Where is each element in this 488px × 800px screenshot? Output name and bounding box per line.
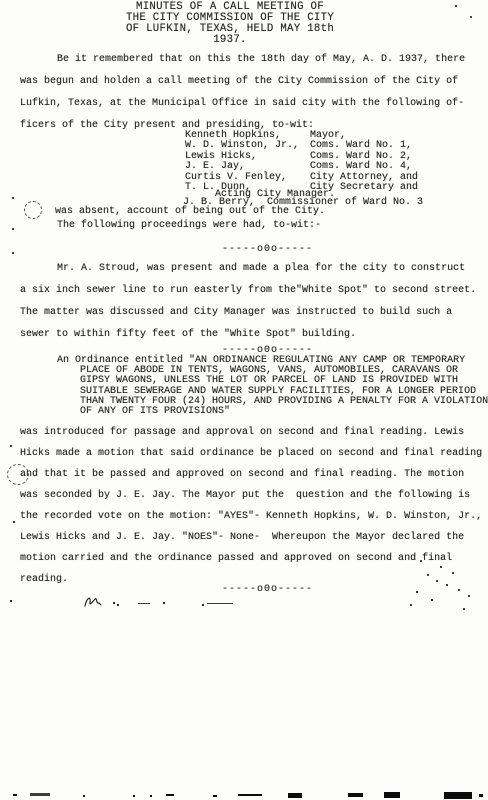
absent-note-line: was absent, account of being out of the … [55, 207, 325, 217]
text-line: was introduced for passage and approval … [20, 422, 482, 443]
ordinance-title-block: An Ordinance entitled "AN ORDINANCE REGU… [80, 356, 480, 417]
text-line: OF ANY OF ITS PROVISIONS" [80, 407, 480, 417]
section-separator: -----o0o----- [222, 244, 313, 255]
handwritten-scribble [82, 594, 104, 610]
ordinance-vote-paragraph: was introduced for passage and approval … [20, 422, 482, 590]
officer-row: J. E. Jay, Coms. Ward No. 4, [20, 162, 418, 172]
scan-edge-artifact [288, 793, 302, 798]
scan-edge-artifact [348, 793, 363, 797]
text-line: Hicks made a motion that said ordinance … [20, 443, 482, 464]
scan-edge-artifact [83, 795, 85, 797]
scan-edge-artifact [444, 792, 472, 799]
text-line: Lewis Hicks and J. E. Jay. "NOES"- None-… [20, 527, 482, 548]
pencil-mark [207, 603, 233, 604]
scan-edge-artifact [213, 795, 217, 797]
text-line: was seconded by J. E. Jay. The Mayor put… [20, 485, 482, 506]
text-line: sewer to within fifty feet of the "White… [20, 324, 482, 346]
text-line: a six inch sewer line to run easterly fr… [20, 280, 482, 302]
scan-edge-artifact [166, 794, 174, 796]
scan-edge-artifact [13, 794, 17, 796]
scanned-minutes-page: MINUTES OF A CALL MEETING OFTHE CITY COM… [0, 0, 488, 800]
section-separator: -----o0o----- [222, 584, 313, 595]
officer-name: J. E. Jay, [185, 162, 310, 172]
text-line: the recorded vote on the motion: "AYES"-… [20, 506, 482, 527]
officer-title: Coms. Ward No. 4, [310, 162, 412, 172]
scan-speckle-noise [0, 0, 2, 2]
scan-edge-artifact [479, 794, 483, 797]
document-title: MINUTES OF A CALL MEETING OFTHE CITY COM… [0, 2, 460, 46]
text-line: Be it remembered that on this the 18th d… [20, 49, 482, 71]
text-line: The matter was discussed and City Manage… [20, 302, 482, 324]
text-line: and that it be passed and approved on se… [20, 464, 482, 485]
text-line: Mr. A. Stroud, was present and made a pl… [20, 258, 482, 280]
text-line: motion carried and the ordinance passed … [20, 548, 482, 569]
hole-punch-mark [7, 464, 29, 485]
sewer-request-paragraph: Mr. A. Stroud, was present and made a pl… [20, 258, 482, 346]
scan-edge-artifact [238, 794, 262, 796]
text-line: was begun and holden a call meeting of t… [20, 71, 482, 93]
hole-punch-mark [24, 201, 42, 219]
text-line: Lufkin, Texas, at the Municipal Office i… [20, 93, 482, 115]
pencil-mark [138, 603, 150, 604]
proceedings-line: The following proceedings were had, to-w… [20, 221, 321, 231]
scan-edge-artifact [133, 795, 135, 797]
officers-list: Kenneth Hopkins, Mayor, W. D. Winston, J… [20, 131, 418, 193]
scan-edge-artifact [384, 792, 400, 798]
intro-paragraph: Be it remembered that on this the 18th d… [20, 49, 482, 137]
scan-edge-artifact [30, 793, 50, 796]
scan-edge-artifact [150, 795, 152, 797]
text-line: 1937. [0, 35, 460, 46]
